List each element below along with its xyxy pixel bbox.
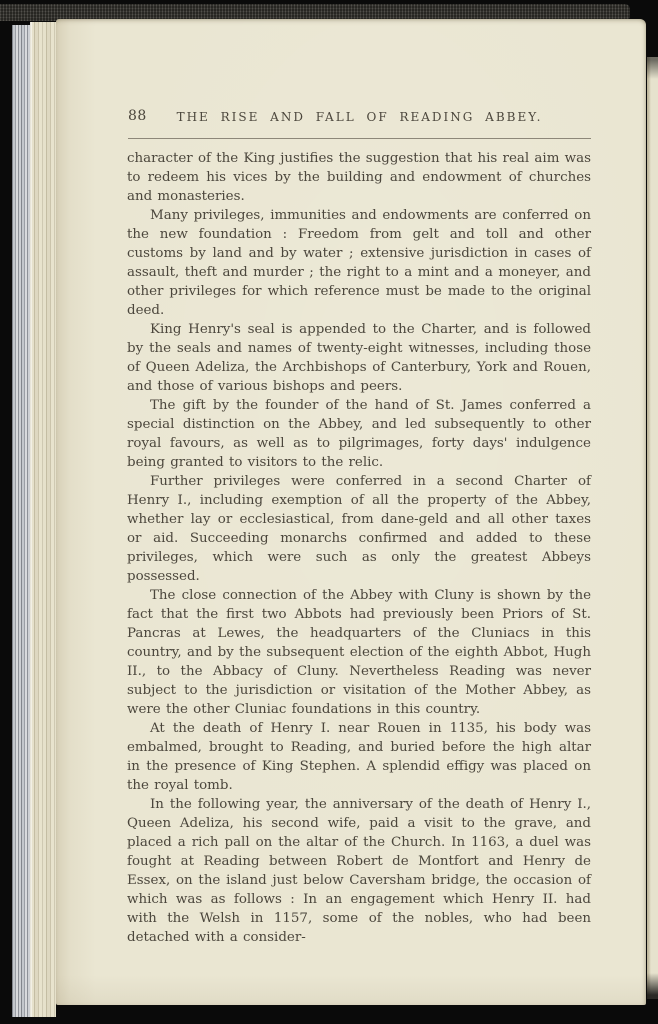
page-header: 88 THE RISE AND FALL OF READING ABBEY. (127, 108, 592, 126)
page-text: character of the King justifies the sugg… (127, 149, 591, 947)
page-edge-right (647, 57, 658, 999)
body-paragraph: Many privileges, immunities and endowmen… (127, 206, 591, 320)
body-paragraph: At the death of Henry I. near Rouen in 1… (127, 719, 591, 795)
body-paragraph: Further privileges were conferred in a s… (127, 472, 591, 586)
running-title: THE RISE AND FALL OF READING ABBEY. (127, 110, 592, 124)
book-page: 88 THE RISE AND FALL OF READING ABBEY. c… (56, 19, 646, 1005)
body-paragraph: King Henry's seal is appended to the Cha… (127, 320, 591, 396)
body-paragraph: The gift by the founder of the hand of S… (127, 396, 591, 472)
page-edges-left-cream (30, 22, 56, 1017)
page-edges-left-grey (12, 25, 30, 1017)
body-paragraph: character of the King justifies the sugg… (127, 149, 591, 206)
header-rule (128, 138, 591, 139)
scanned-book-photo: 88 THE RISE AND FALL OF READING ABBEY. c… (0, 0, 658, 1024)
body-paragraph: The close connection of the Abbey with C… (127, 586, 591, 719)
body-paragraph: In the following year, the anniversary o… (127, 795, 591, 947)
